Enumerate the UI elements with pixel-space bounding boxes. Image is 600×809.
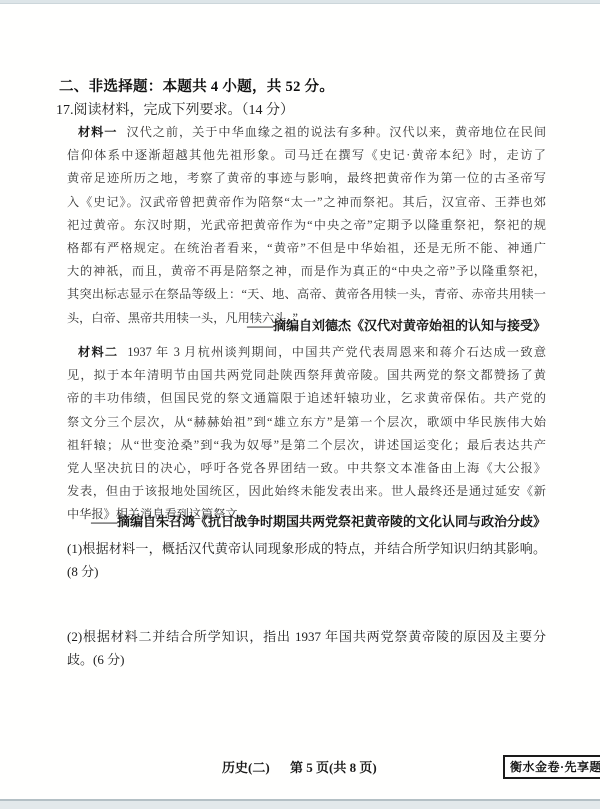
question-1-text: (1)根据材料一，概括汉代黄帝认同现象形成的特点，并结合所学知识归纳其影响。 <box>67 537 546 560</box>
question-17-intro: 17.阅读材料，完成下列要求。（14 分） <box>56 99 294 119</box>
text-line: 材料二1937 年 3 月杭州谈判期间，中国共产党代表周恩来和蒋介石达成一致意 <box>67 341 546 364</box>
material-1-line-6: 大的神祇，而且，黄帝不再是陪祭之神，而是作为真正的“中央之帝”予以隆重祭祀， <box>67 260 546 283</box>
scan-edge-top <box>0 0 600 4</box>
material-2-line-2: 帝的丰功伟绩，但国民党的祭文通篇限于追述轩辕功业，乞求黄帝保佑。共产党的 <box>67 387 546 410</box>
footer-brand-badge: 衡水金卷·先享题 <box>503 755 600 779</box>
material-1-label: 材料一 <box>78 125 117 139</box>
text-line: 材料一汉代之前，关于中华血缘之祖的说法有多种。汉代以来，黄帝地位在民间 <box>67 121 546 144</box>
material-2-line-4: 祖轩辕；从“世变沧桑”到“我为奴辱”是第二个层次，讲述国运变化；最后表达共产 <box>67 434 546 457</box>
material-1-line-2: 黄帝足迹所历之地，考察了黄帝的事迹与影响，最终把黄帝作为第一位的古圣帝写 <box>67 167 546 190</box>
material-2-line-0: 1937 年 3 月杭州谈判期间，中国共产党代表周恩来和蒋介石达成一致意 <box>127 345 546 359</box>
material-1-line-0: 汉代之前，关于中华血缘之祖的说法有多种。汉代以来，黄帝地位在民间 <box>126 125 546 139</box>
material-1-line-4: 祀过黄帝。东汉时期，光武帝把黄帝作为“中央之帝”定期予以隆重祭祀，祭祀的规 <box>67 214 546 237</box>
material-1-line-1: 信仰体系中逐渐超越其他先祖形象。司马迁在撰写《史记·黄帝本纪》时，走访了 <box>67 144 546 167</box>
material-2-line-3: 祭文分三个层次，从“赫赫始祖”到“雄立东方”是第一个层次，歌颂中华民族伟大始 <box>67 411 546 434</box>
material-2-line-1: 见，拟于本年清明节由国共两党同赴陕西祭拜黄帝陵。国共两党的祭文都赞扬了黄 <box>67 364 546 387</box>
material-1-line-5: 格都有严格规定。在统治者看来，“黄帝”不但是中华始祖，还是无所不能、神通广 <box>67 237 546 260</box>
material-1-line-3: 入《史记》。汉武帝曾把黄帝作为陪祭“太一”之神而祭祀。其后，汉宣帝、王莽也郊 <box>67 191 546 214</box>
question-1-points: (8 分) <box>67 560 546 583</box>
footer-page-number: 第 5 页(共 8 页) <box>290 757 377 776</box>
material-2-line-5: 党人坚决抗日的决心，呼吁各党各界团结一致。中共祭文本准备由上海《大公报》 <box>67 457 546 480</box>
material-2-source: ——摘编自朱召鸿《抗日战争时期国共两党祭祀黄帝陵的文化认同与政治分歧》 <box>67 511 546 530</box>
question-2-continuation: 歧。(6 分) <box>67 648 546 671</box>
question-2-text: (2)根据材料二并结合所学知识，指出 1937 年国共两党祭黄帝陵的原因及主要分 <box>67 625 546 648</box>
material-2-label: 材料二 <box>78 345 118 359</box>
section-header: 二、非选择题：本题共 4 小题，共 52 分。 <box>59 75 334 96</box>
footer-subject: 历史(二) <box>222 757 270 776</box>
exam-paper-page: 二、非选择题：本题共 4 小题，共 52 分。 17.阅读材料，完成下列要求。（… <box>0 0 600 809</box>
material-2: 材料二1937 年 3 月杭州谈判期间，中国共产党代表周恩来和蒋介石达成一致意 … <box>67 341 546 527</box>
material-1: 材料一汉代之前，关于中华血缘之祖的说法有多种。汉代以来，黄帝地位在民间 信仰体系… <box>67 121 546 330</box>
material-2-line-6: 发表，但由于该报地处国统区，因此始终未能发表出来。世人最终还是通过延安《新 <box>67 480 546 503</box>
material-1-line-7: 其突出标志显示在祭品等级上：“天、地、高帝、黄帝各用犊一头，青帝、赤帝共用犊一 <box>67 283 546 306</box>
scan-edge-bottom <box>0 799 600 809</box>
material-1-source: ——摘编自刘德杰《汉代对黄帝始祖的认知与接受》 <box>67 315 546 334</box>
